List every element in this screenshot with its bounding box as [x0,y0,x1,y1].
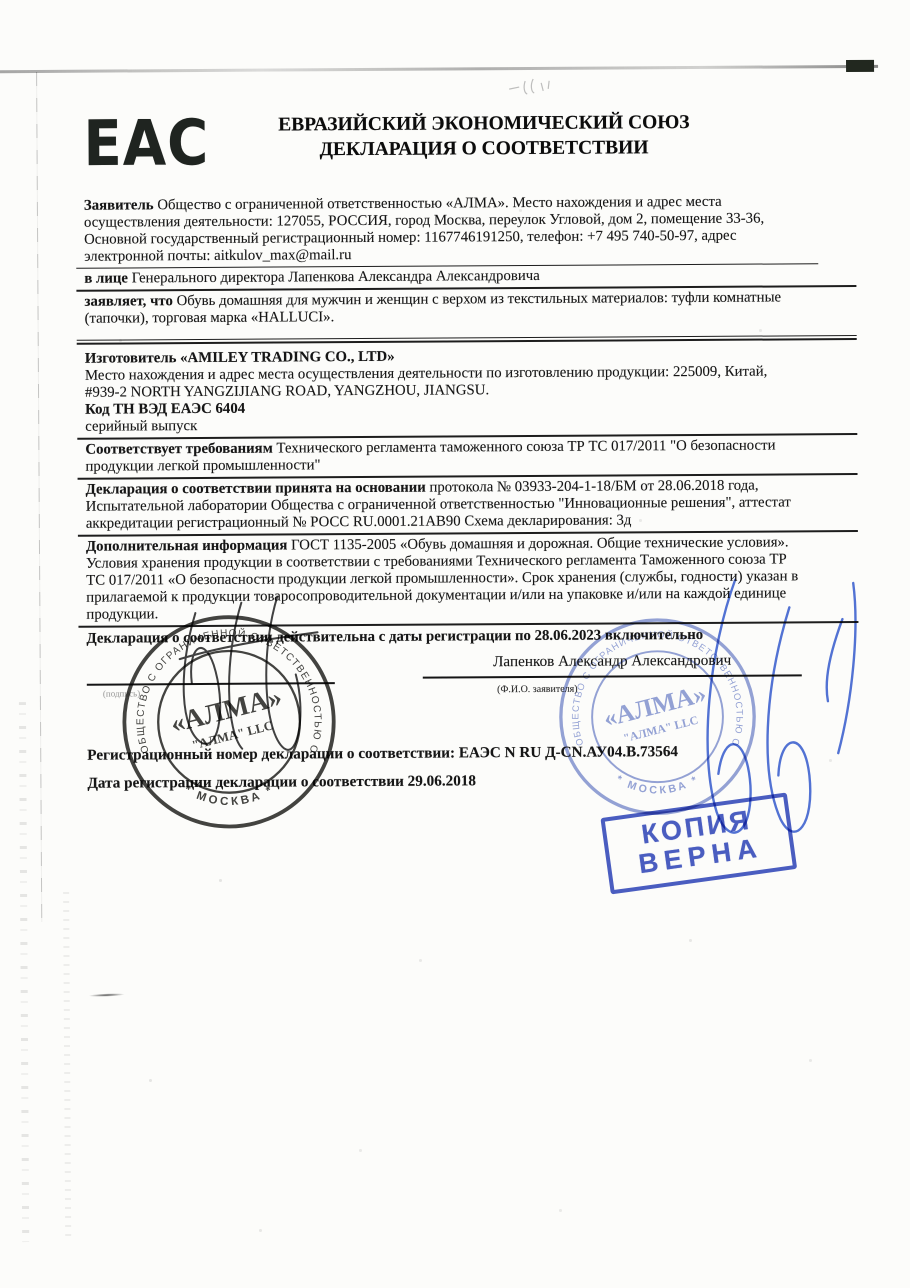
scan-bleedthrough-left [19,702,29,1242]
scanned-declaration-page: ЕАС ЕВРАЗИЙСКИЙ ЭКОНОМИЧЕСКИЙ СОЮЗ ДЕКЛА… [0,0,910,1288]
scan-artifact-corner-block [846,60,874,72]
in-person-text: Генерального директора Лапенкова Алексан… [132,268,540,286]
applicant-paragraph: Заявитель Общество с ограниченной ответс… [84,193,799,265]
serial-release: серийный выпуск [85,414,800,435]
tnved-code-text: Код ТН ВЭД ЕАЭС 6404 [85,401,245,418]
scan-artifact-dash [89,993,125,997]
scan-content: ЕАС ЕВРАЗИЙСКИЙ ЭКОНОМИЧЕСКИЙ СОЮЗ ДЕКЛА… [0,0,910,1288]
applicant-label: Заявитель [84,197,154,213]
conformity-label: Соответствует требованиям [85,441,272,458]
eac-mark-logo: ЕАС [83,105,179,184]
manufacturer-label: Изготовитель [85,350,177,367]
manufacturer-name: «AMILEY TRADING CO., LTD» [180,349,395,366]
signature-caption: (подпись) [103,685,140,702]
copy-verna-stamp: КОПИЯ ВЕРНА [600,792,797,894]
title-line-2: ДЕКЛАРАЦИЯ О СООТВЕТСТВИИ [179,134,788,163]
in-person-paragraph: в лице Генерального директора Лапенкова … [84,266,799,287]
declares-text: Обувь домашняя для мужчин и женщин с вер… [85,289,782,326]
additional-info-label: Дополнительная информация [86,537,287,554]
manufacturer-block: Изготовитель «AMILEY TRADING CO., LTD» М… [85,346,801,435]
applicant-text: Общество с ограниченной ответственностью… [84,194,764,265]
conformity-paragraph: Соответствует требованиям Технического р… [85,437,800,475]
title-line-1: ЕВРАЗИЙСКИЙ ЭКОНОМИЧЕСКИЙ СОЮЗ [179,109,788,138]
scan-artifact-left-edge [36,72,42,922]
document-title: ЕВРАЗИЙСКИЙ ЭКОНОМИЧЕСКИЙ СОЮЗ ДЕКЛАРАЦИ… [179,109,798,163]
document-header: ЕАС ЕВРАЗИЙСКИЙ ЭКОНОМИЧЕСКИЙ СОЮЗ ДЕКЛА… [83,101,798,187]
basis-label: Декларация о соответствии принята на осн… [86,480,426,498]
manufacturer-address: Место нахождения и адрес места осуществл… [85,363,800,401]
basis-paragraph: Декларация о соответствии принята на осн… [86,477,801,532]
applicant-signature-black [149,588,350,779]
in-person-label: в лице [84,270,128,286]
declares-paragraph: заявляет, что Обувь домашняя для мужчин … [84,289,799,327]
paper-noise [0,0,1,1]
declares-label: заявляет, что [84,293,173,310]
scan-bleedthrough-left-2 [63,892,71,1242]
